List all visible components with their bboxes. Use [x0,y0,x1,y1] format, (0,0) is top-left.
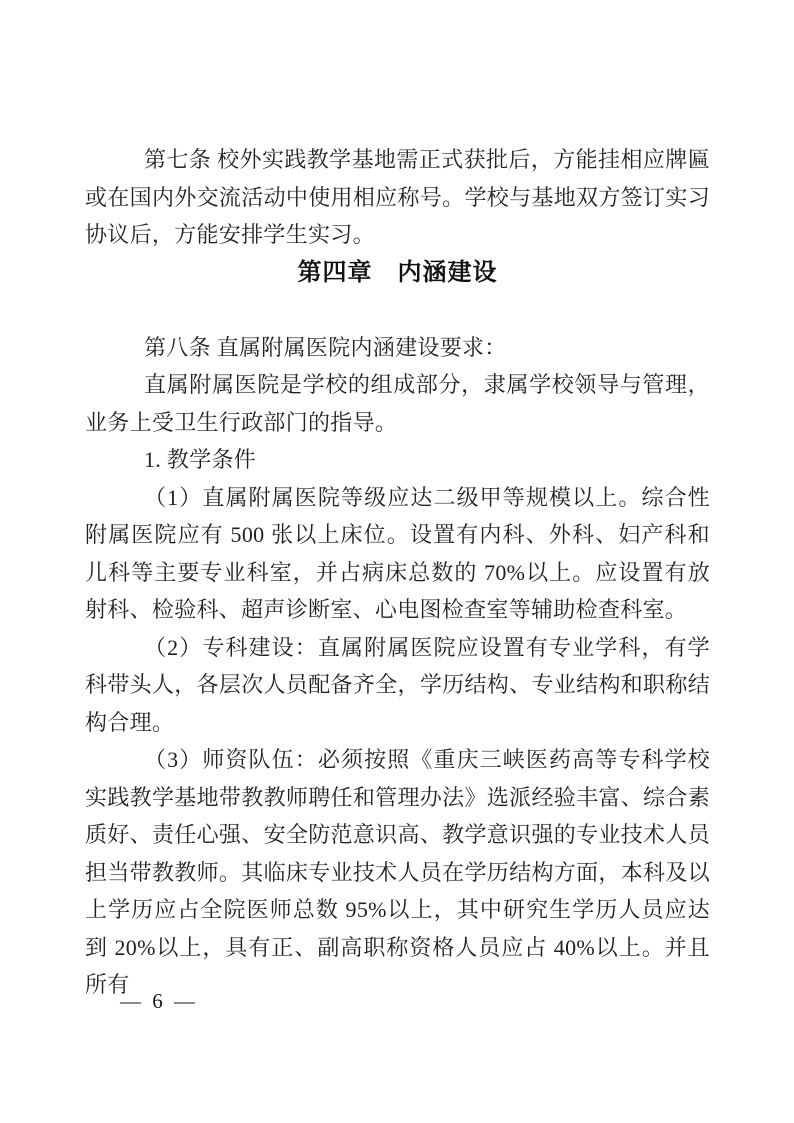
paragraph-article-8-title: 第八条 直属附属医院内涵建设要求： [85,329,710,367]
paragraph-article-7: 第七条 校外实践教学基地需正式获批后，方能挂相应牌匾或在国内外交流活动中使用相应… [85,141,710,254]
paragraph-item-1-3-faculty-team: （3）师资队伍：必须按照《重庆三峡医药高等专科学校实践教学基地带教教师聘任和管理… [85,741,710,1004]
paragraph-item-1-teaching-conditions: 1. 教学条件 [85,441,710,479]
page-number: — 6 — [120,989,198,1014]
paragraph-item-1-1-hospital-grade: （1）直属附属医院等级应达二级甲等规模以上。综合性附属医院应有 500 张以上床… [85,479,710,629]
chapter-heading: 第四章 内涵建设 [85,254,710,292]
paragraph-article-8-body: 直属附属医院是学校的组成部分，隶属学校领导与管理，业务上受卫生行政部门的指导。 [85,366,710,441]
paragraph-item-1-2-specialty-construction: （2）专科建设：直属附属医院应设置有专业学科，有学科带头人，各层次人员配备齐全，… [85,629,710,742]
document-page: 第七条 校外实践教学基地需正式获批后，方能挂相应牌匾或在国内外交流活动中使用相应… [0,0,794,1123]
